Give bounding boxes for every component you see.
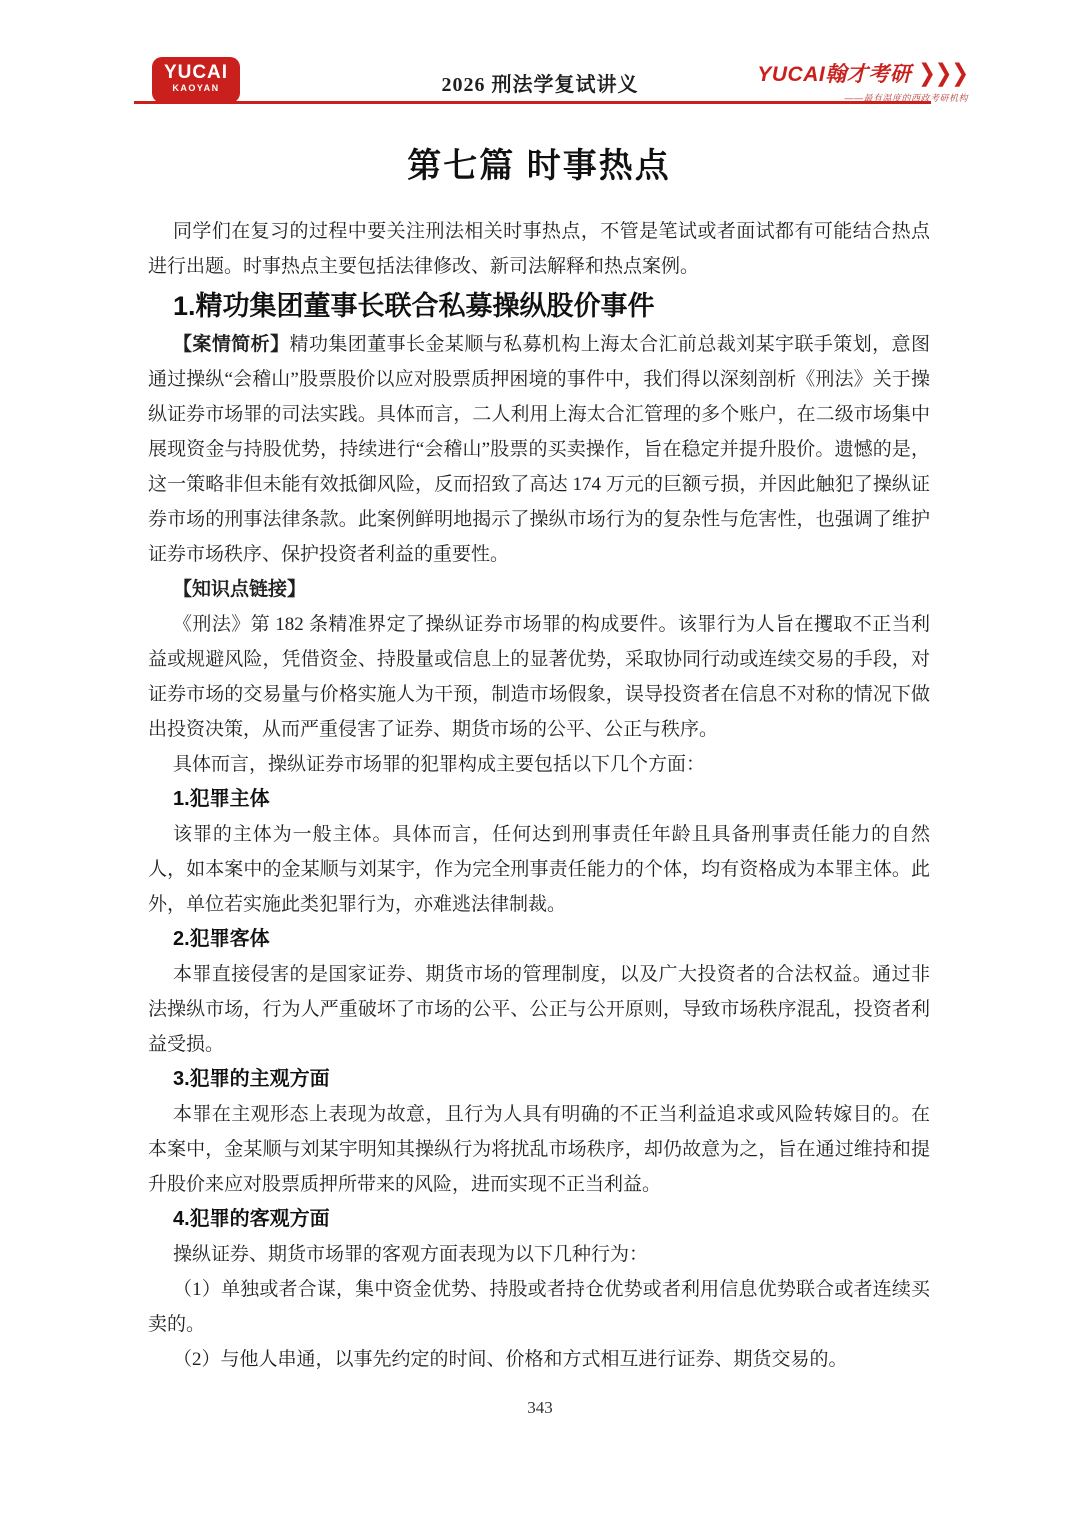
point-heading-subjective: 3.犯罪的主观方面 (148, 1062, 930, 1097)
point-heading-objective: 4.犯罪的客观方面 (148, 1202, 930, 1237)
point-text-object: 本罪直接侵害的是国家证券、期货市场的管理制度，以及广大投资者的合法权益。通过非法… (148, 957, 930, 1062)
page-title: 第七篇 时事热点 (148, 145, 930, 187)
case-analysis-paragraph: 【案情简析】精功集团董事长金某顺与私募机构上海太合汇前总裁刘某宇联手策划，意图通… (148, 327, 930, 572)
point-heading-subject: 1.犯罪主体 (148, 782, 930, 817)
behavior-item-1: （1）单独或者合谋，集中资金优势、持股或者持仓优势或者利用信息优势联合或者连续买… (148, 1272, 930, 1342)
behavior-item-2: （2）与他人串通，以事先约定的时间、价格和方式相互进行证券、期货交易的。 (148, 1342, 930, 1377)
knowledge-link-paragraph: 《刑法》第 182 条精准界定了操纵证券市场罪的构成要件。该罪行为人旨在攫取不正… (148, 607, 930, 747)
point-text-objective: 操纵证券、期货市场罪的客观方面表现为以下几种行为： (148, 1237, 930, 1272)
lead-in-paragraph: 具体而言，操纵证券市场罪的犯罪构成主要包括以下几个方面： (148, 747, 930, 782)
triple-chevron-icon: ❯❯❯ (918, 59, 968, 88)
brand-logo: YUCAI翰才考研 ❯❯❯ ——最有温度的西政考研机构 (757, 58, 968, 104)
point-text-subject: 该罪的主体为一般主体。具体而言，任何达到刑事责任年龄且具备刑事责任能力的自然人，… (148, 817, 930, 922)
point-text-subjective: 本罪在主观形态上表现为故意，且行为人具有明确的不正当利益追求或风险转嫁目的。在本… (148, 1097, 930, 1202)
point-heading-object: 2.犯罪客体 (148, 922, 930, 957)
section-heading: 1.精功集团董事长联合私募操纵股价事件 (148, 286, 930, 326)
case-analysis-label: 【案情简析】 (173, 334, 290, 355)
page-number: 343 (0, 1398, 1080, 1418)
intro-paragraph: 同学们在复习的过程中要关注刑法相关时事热点，不管是笔试或者面试都有可能结合热点进… (148, 214, 930, 284)
knowledge-link-label: 【知识点链接】 (148, 572, 930, 607)
case-analysis-text: 精功集团董事长金某顺与私募机构上海太合汇前总裁刘某宇联手策划，意图通过操纵“会稽… (148, 334, 930, 565)
brand-name-text: YUCAI翰才考研 (757, 58, 911, 88)
brand-name-row: YUCAI翰才考研 ❯❯❯ (757, 58, 968, 88)
document-body: 第七篇 时事热点 同学们在复习的过程中要关注刑法相关时事热点，不管是笔试或者面试… (148, 103, 930, 1377)
document-page: YUCAI KAOYAN 2026 刑法学复试讲义 YUCAI翰才考研 ❯❯❯ … (0, 0, 1080, 1527)
